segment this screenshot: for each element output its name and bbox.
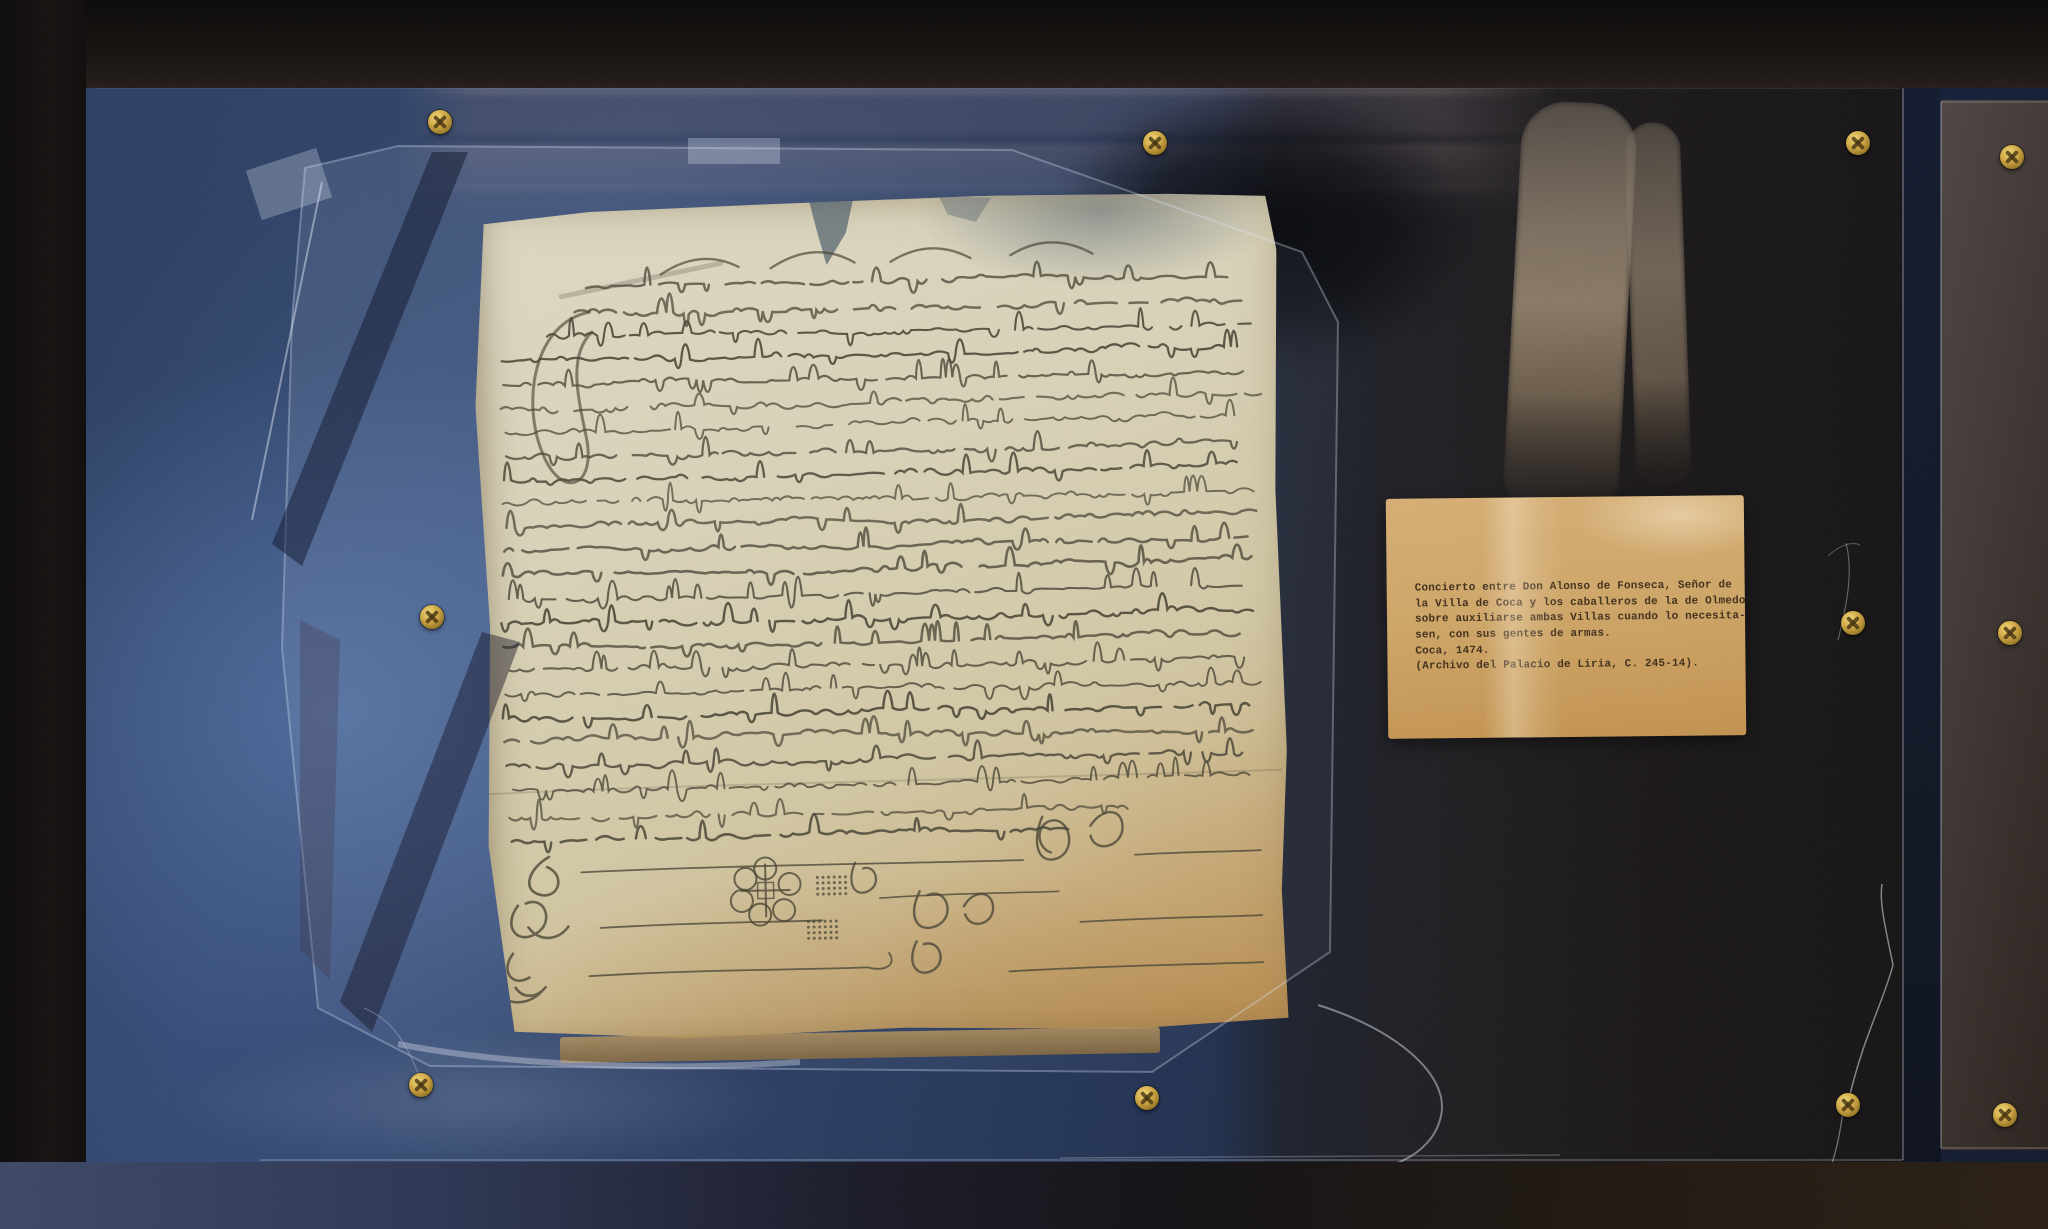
- brass-screw: [1846, 131, 1870, 155]
- sleeve-glint: [398, 1044, 800, 1066]
- brass-screw: [1993, 1103, 2017, 1127]
- label-card: Concierto entre Don Alonso de Fonseca, S…: [1386, 495, 1746, 739]
- brass-screw: [420, 605, 444, 629]
- case-frame-top: [0, 0, 2048, 88]
- string: [1060, 1155, 1560, 1158]
- brass-screw: [1836, 1093, 1860, 1117]
- brass-screw: [1998, 621, 2022, 645]
- glass-crack: [1848, 884, 1893, 1103]
- brass-screw: [1143, 131, 1167, 155]
- tape: [246, 148, 332, 220]
- sleeve-fold: [300, 620, 340, 980]
- display-case-photo: Concierto entre Don Alonso de Fonseca, S…: [0, 0, 2048, 1229]
- sleeve-fold: [340, 632, 520, 1032]
- glass-scratch: [1828, 543, 1860, 556]
- glass-reflection: [1386, 495, 1746, 739]
- brass-screw: [2000, 145, 2024, 169]
- tape: [688, 138, 780, 164]
- case-frame-bottom: [0, 1162, 2048, 1229]
- brass-screw: [428, 110, 452, 134]
- brass-screw: [1135, 1086, 1159, 1110]
- brass-screw: [1841, 611, 1865, 635]
- glass-crack: [1831, 1112, 1843, 1166]
- string: [1318, 1005, 1442, 1170]
- case-frame-left: [0, 0, 86, 1229]
- brass-screw: [409, 1073, 433, 1097]
